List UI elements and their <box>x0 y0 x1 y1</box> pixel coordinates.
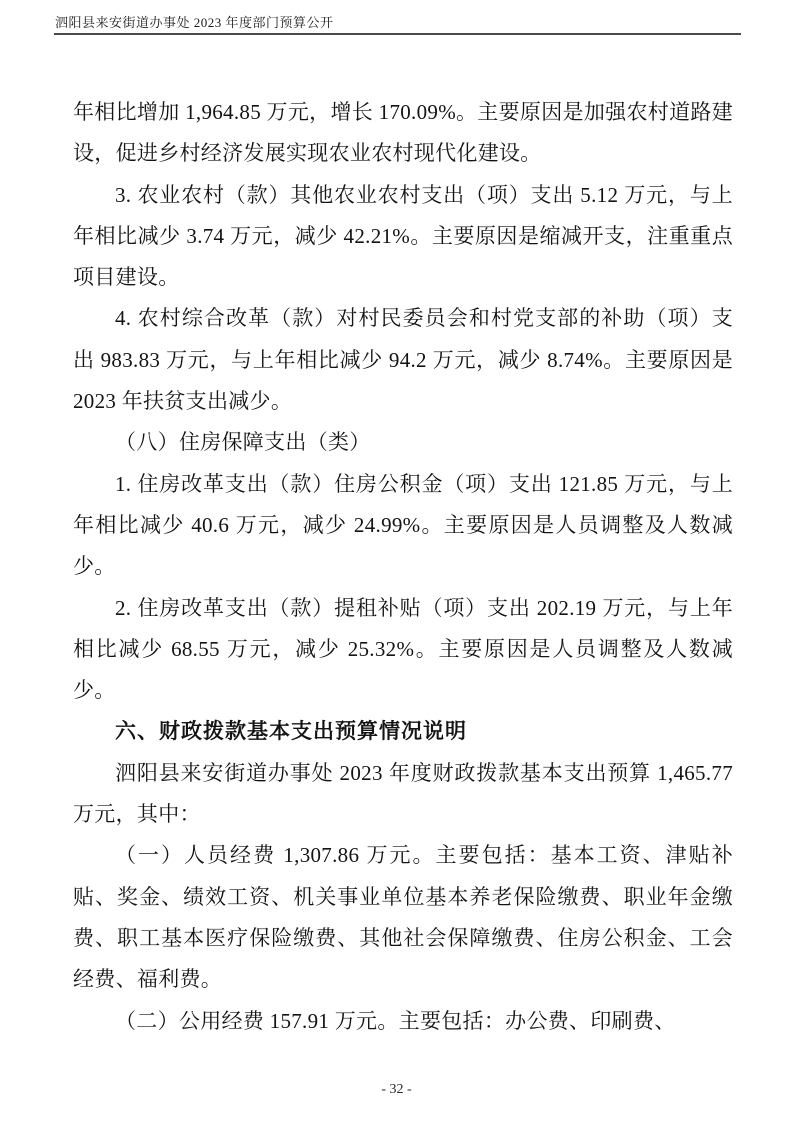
paragraph-item-2-rent-subsidy: 2. 住房改革支出（款）提租补贴（项）支出 202.19 万元，与上年相比减少 … <box>73 588 733 712</box>
paragraph-public-expenses: （二）公用经费 157.91 万元。主要包括：办公费、印刷费、 <box>73 1001 733 1042</box>
paragraph-personnel-expenses: （一）人员经费 1,307.86 万元。主要包括：基本工资、津贴补贴、奖金、绩效… <box>73 835 733 1000</box>
document-body: 年相比增加 1,964.85 万元，增长 170.09%。主要原因是加强农村道路… <box>73 92 733 1042</box>
paragraph-subsection-8-housing: （八）住房保障支出（类） <box>73 422 733 463</box>
page-number: - 32 - <box>0 1082 793 1098</box>
paragraph-basic-expenditure-total: 泗阳县来安街道办事处 2023 年度财政拨款基本支出预算 1,465.77 万元… <box>73 753 733 836</box>
page-header-title: 泗阳县来安街道办事处 2023 年度部门预算公开 <box>55 12 741 31</box>
paragraph-item-1-housing-fund: 1. 住房改革支出（款）住房公积金（项）支出 121.85 万元，与上年相比减少… <box>73 464 733 588</box>
document-page: 泗阳县来安街道办事处 2023 年度部门预算公开 年相比增加 1,964.85 … <box>0 0 793 1122</box>
section-heading-six: 六、财政拨款基本支出预算情况说明 <box>73 711 733 752</box>
paragraph-item-4-rural-reform: 4. 农村综合改革（款）对村民委员会和村党支部的补助（项）支出 983.83 万… <box>73 298 733 422</box>
paragraph-continuation: 年相比增加 1,964.85 万元，增长 170.09%。主要原因是加强农村道路… <box>73 92 733 175</box>
paragraph-item-3-agriculture: 3. 农业农村（款）其他农业农村支出（项）支出 5.12 万元，与上年相比减少 … <box>73 175 733 299</box>
header-divider <box>54 33 741 35</box>
